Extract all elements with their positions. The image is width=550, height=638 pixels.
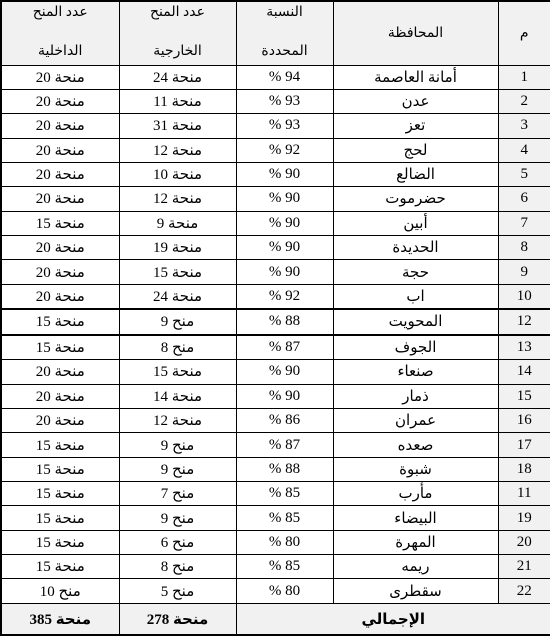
cell-internal: 15 منحة [1,555,119,579]
cell-external: 12 منحة [119,408,236,432]
table-row: 16عمران% 8612 منحة20 منحة [1,408,550,432]
table-row: 7أبين% 909 منحة15 منحة [1,211,550,235]
table-row: 6حضرموت% 9012 منحة20 منحة [1,187,550,211]
cell-internal: 15 منحة [1,335,119,360]
cell-internal: 20 منحة [1,138,119,162]
cell-serial: 18 [498,457,550,481]
footer-external-total: 278 منحة [119,604,236,636]
cell-percent: % 90 [236,384,333,408]
cell-serial: 5 [498,162,550,186]
cell-percent: % 80 [236,530,333,554]
cell-percent: % 90 [236,360,333,384]
cell-percent: % 85 [236,506,333,530]
table-row: 14صنعاء% 9015 منحة20 منحة [1,360,550,384]
cell-percent: % 90 [236,260,333,284]
cell-external: 12 منحة [119,187,236,211]
cell-serial: 4 [498,138,550,162]
cell-percent: % 85 [236,555,333,579]
cell-external: 31 منحة [119,114,236,138]
cell-serial: 6 [498,187,550,211]
cell-internal: 20 منحة [1,384,119,408]
cell-external: 24 منحة [119,284,236,309]
cell-serial: 2 [498,89,550,113]
footer-row: الإجمالي 278 منحة 385 منحة [1,604,550,636]
cell-serial: 3 [498,114,550,138]
cell-internal: 20 منحة [1,65,119,89]
cell-external: 15 منحة [119,360,236,384]
table-row: 20المهرة% 806 منح15 منحة [1,530,550,554]
cell-external: 8 منح [119,555,236,579]
cell-internal: 15 منحة [1,457,119,481]
cell-external: 9 منح [119,433,236,457]
table-row: 3تعز% 9331 منحة20 منحة [1,114,550,138]
table-row: 13الجوف% 878 منح15 منحة [1,335,550,360]
cell-governorate: لحج [333,138,498,162]
header-internal-line1: عدد المنح [4,4,117,21]
table-header: م المحافظة النسبة المحددة عدد المنح الخا… [1,1,550,65]
cell-governorate: ريمه [333,555,498,579]
cell-internal: 20 منحة [1,408,119,432]
cell-internal: 15 منحة [1,482,119,506]
cell-external: 12 منحة [119,138,236,162]
cell-governorate: عمران [333,408,498,432]
cell-internal: 15 منحة [1,211,119,235]
header-external-grants: عدد المنح الخارجية [119,1,236,65]
cell-percent: % 93 [236,89,333,113]
cell-internal: 20 منحة [1,162,119,186]
cell-governorate: الحديدة [333,236,498,260]
header-percent-lines: النسبة المحددة [239,2,331,64]
cell-governorate: عدن [333,89,498,113]
cell-serial: 17 [498,433,550,457]
table-row: 15ذمار% 9014 منحة20 منحة [1,384,550,408]
cell-percent: % 90 [236,187,333,211]
table-row: 5الضالع% 9010 منحة20 منحة [1,162,550,186]
cell-percent: % 88 [236,457,333,481]
cell-percent: % 93 [236,114,333,138]
cell-percent: % 85 [236,482,333,506]
table-row: 9حجة% 9015 منحة20 منحة [1,260,550,284]
cell-internal: 20 منحة [1,260,119,284]
cell-external: 10 منحة [119,162,236,186]
cell-internal: 20 منحة [1,360,119,384]
cell-governorate: أبين [333,211,498,235]
header-external-line2: الخارجية [122,43,234,60]
cell-external: 9 منح [119,457,236,481]
cell-internal: 20 منحة [1,284,119,309]
table-row: 18شبوة% 889 منح15 منحة [1,457,550,481]
cell-governorate: المهرة [333,530,498,554]
cell-governorate: المحويت [333,309,498,335]
cell-percent: % 94 [236,65,333,89]
footer-internal-total: 385 منحة [1,604,119,636]
cell-governorate: صعده [333,433,498,457]
table-row: 1أمانة العاصمة% 9424 منحة20 منحة [1,65,550,89]
header-serial: م [498,1,550,65]
header-row: م المحافظة النسبة المحددة عدد المنح الخا… [1,1,550,65]
cell-serial: 15 [498,384,550,408]
table-footer: الإجمالي 278 منحة 385 منحة [1,604,550,636]
cell-governorate: سقطرى [333,579,498,604]
cell-serial: 12 [498,309,550,335]
cell-internal: 20 منحة [1,187,119,211]
table-body: 1أمانة العاصمة% 9424 منحة20 منحة2عدن% 93… [1,65,550,604]
document-sheet: م المحافظة النسبة المحددة عدد المنح الخا… [0,0,550,638]
cell-internal: 15 منحة [1,530,119,554]
cell-internal: 15 منحة [1,309,119,335]
cell-governorate: الجوف [333,335,498,360]
header-governorate: المحافظة [333,1,498,65]
cell-internal: 20 منحة [1,114,119,138]
cell-serial: 20 [498,530,550,554]
cell-external: 5 منح [119,579,236,604]
table-row: 21ريمه% 858 منح15 منحة [1,555,550,579]
cell-external: 9 منحة [119,211,236,235]
table-row: 8الحديدة% 9019 منحة20 منحة [1,236,550,260]
cell-serial: 22 [498,579,550,604]
cell-external: 7 منح [119,482,236,506]
header-internal-grants: عدد المنح الداخلية [1,1,119,65]
cell-percent: % 90 [236,162,333,186]
cell-external: 14 منحة [119,384,236,408]
cell-governorate: صنعاء [333,360,498,384]
cell-serial: 16 [498,408,550,432]
cell-governorate: البيضاء [333,506,498,530]
cell-serial: 7 [498,211,550,235]
table-row: 2عدن% 9311 منحة20 منحة [1,89,550,113]
cell-serial: 14 [498,360,550,384]
cell-external: 9 منح [119,309,236,335]
cell-serial: 19 [498,506,550,530]
cell-percent: % 87 [236,433,333,457]
cell-serial: 1 [498,65,550,89]
cell-internal: 20 منحة [1,236,119,260]
cell-governorate: اب [333,284,498,309]
header-external-lines: عدد المنح الخارجية [122,2,234,64]
cell-internal: 10 منح [1,579,119,604]
table-row: 4لحج% 9212 منحة20 منحة [1,138,550,162]
cell-serial: 11 [498,482,550,506]
cell-internal: 20 منحة [1,89,119,113]
cell-serial: 9 [498,260,550,284]
footer-total-label: الإجمالي [236,604,550,636]
cell-external: 11 منحة [119,89,236,113]
cell-serial: 10 [498,284,550,309]
cell-internal: 15 منحة [1,433,119,457]
cell-governorate: حجة [333,260,498,284]
table-row: 17صعده% 879 منح15 منحة [1,433,550,457]
table-row: 19البيضاء% 859 منح15 منحة [1,506,550,530]
header-internal-lines: عدد المنح الداخلية [4,2,117,64]
header-internal-line2: الداخلية [4,43,117,60]
header-percent-line2: المحددة [239,43,331,60]
cell-percent: % 87 [236,335,333,360]
cell-internal: 15 منحة [1,506,119,530]
cell-external: 15 منحة [119,260,236,284]
table-row: 11مأرب% 857 منح15 منحة [1,482,550,506]
grants-table: م المحافظة النسبة المحددة عدد المنح الخا… [0,0,550,636]
header-percent-line1: النسبة [239,4,331,21]
header-external-line1: عدد المنح [122,4,234,21]
cell-external: 24 منحة [119,65,236,89]
header-percent: النسبة المحددة [236,1,333,65]
cell-serial: 8 [498,236,550,260]
cell-governorate: ذمار [333,384,498,408]
cell-governorate: أمانة العاصمة [333,65,498,89]
cell-external: 6 منح [119,530,236,554]
table-row: 22سقطرى% 805 منح10 منح [1,579,550,604]
cell-governorate: الضالع [333,162,498,186]
cell-serial: 21 [498,555,550,579]
cell-external: 9 منح [119,506,236,530]
cell-percent: % 90 [236,211,333,235]
cell-external: 8 منح [119,335,236,360]
cell-percent: % 80 [236,579,333,604]
cell-external: 19 منحة [119,236,236,260]
cell-governorate: مأرب [333,482,498,506]
cell-governorate: حضرموت [333,187,498,211]
cell-percent: % 90 [236,236,333,260]
cell-serial: 13 [498,335,550,360]
cell-percent: % 88 [236,309,333,335]
table-row: 10اب% 9224 منحة20 منحة [1,284,550,309]
cell-governorate: تعز [333,114,498,138]
cell-percent: % 92 [236,138,333,162]
cell-governorate: شبوة [333,457,498,481]
table-row: 12المحويت% 889 منح15 منحة [1,309,550,335]
cell-percent: % 92 [236,284,333,309]
cell-percent: % 86 [236,408,333,432]
